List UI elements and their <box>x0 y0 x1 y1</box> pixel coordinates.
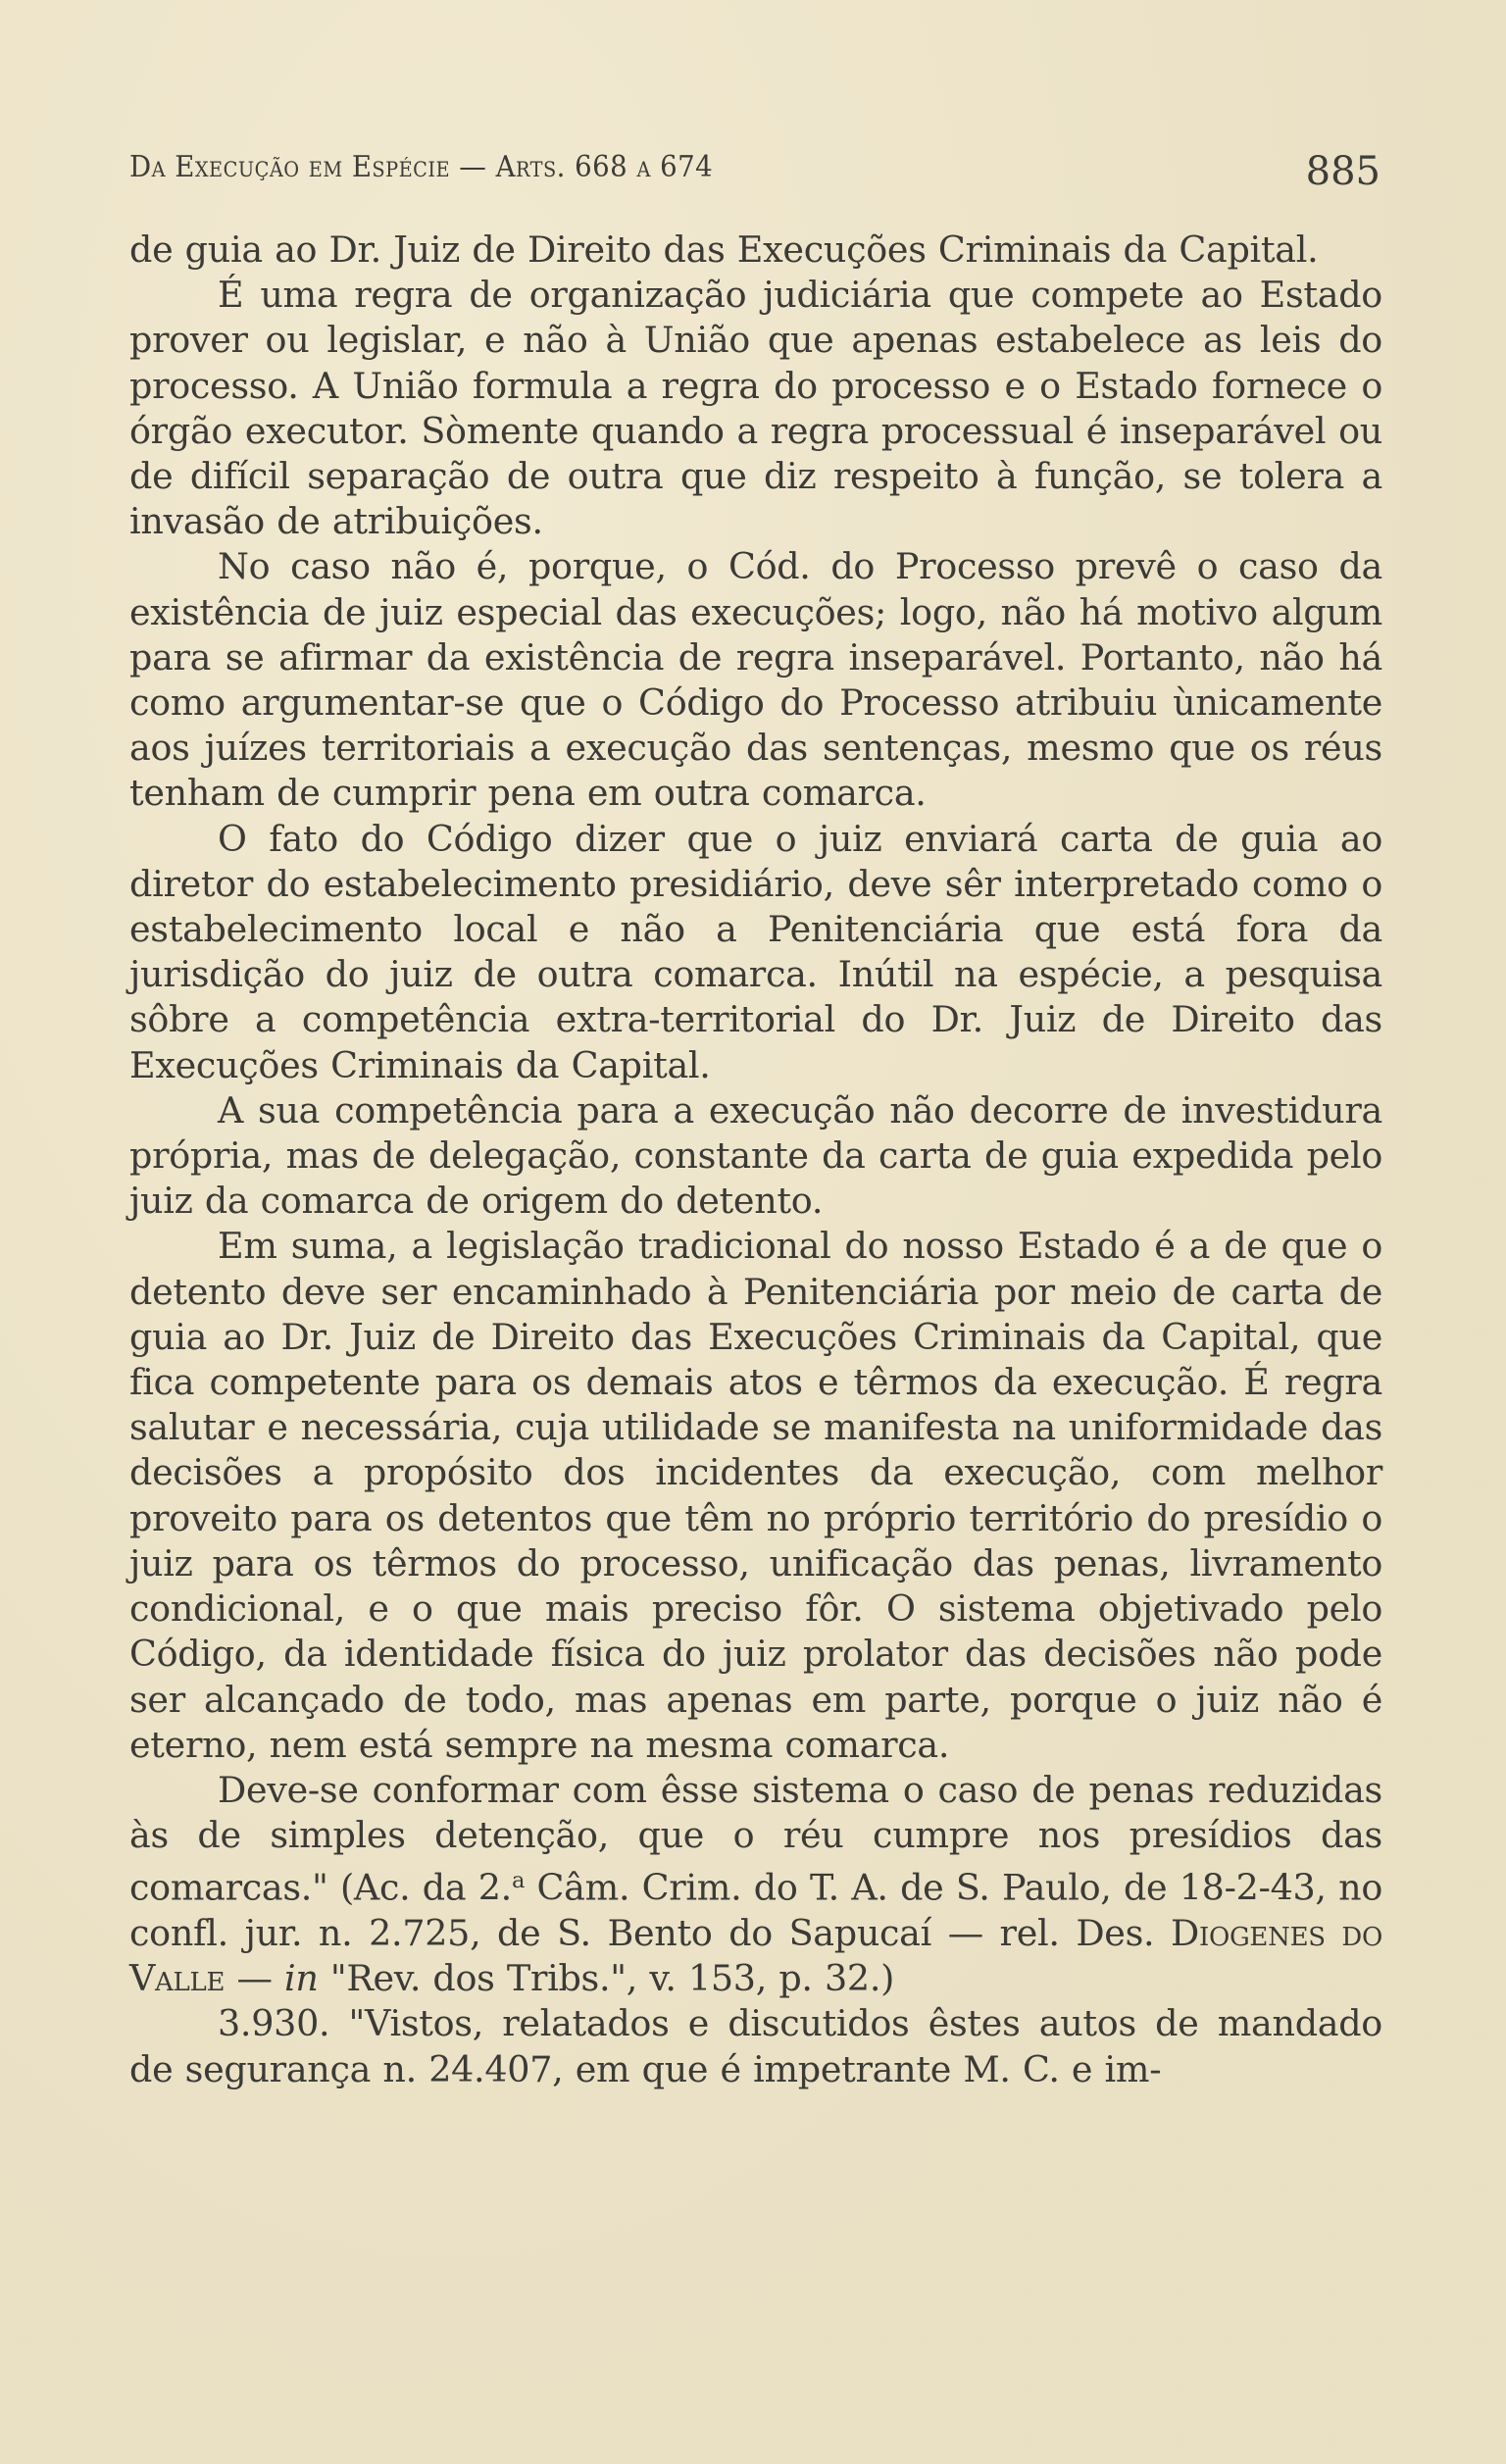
body-text: de guia ao Dr. Juiz de Direito das Execu… <box>129 227 1382 2092</box>
book-page: Da Execução em Espécie — Arts. 668 a 674… <box>129 135 1382 2092</box>
paragraph-sua-competencia: A sua competência para a execução não de… <box>129 1088 1382 1225</box>
case-3930-entry: 3.930. "Vistos, relatados e discutidos ê… <box>129 2001 1382 2091</box>
citation-source: "Rev. dos Tribs.", v. 153, p. 32.) <box>319 1957 895 1999</box>
paragraph-continuation: de guia ao Dr. Juiz de Direito das Execu… <box>129 227 1382 273</box>
citation-in: in <box>284 1957 319 1999</box>
running-header: Da Execução em Espécie — Arts. 668 a 674… <box>129 135 1382 184</box>
paragraph-o-fato-do-codigo: O fato do Código dizer que o juiz enviar… <box>129 817 1382 1088</box>
paragraph-no-caso: No caso não é, porque, o Cód. do Process… <box>129 544 1382 816</box>
paragraph-deve-se-conformar: Deve-se conformar com êsse sistema o cas… <box>129 1768 1382 2001</box>
running-title: Da Execução em Espécie — Arts. 668 a 674 <box>129 150 713 184</box>
case-number: 3.930. <box>218 2002 329 2044</box>
ordinal-indicator: a <box>512 1868 525 1893</box>
paragraph-organizacao-judiciaria: É uma regra de organização judiciária qu… <box>129 273 1382 544</box>
page-number: 885 <box>1306 149 1380 194</box>
citation-dash: — <box>225 1957 284 1999</box>
paragraph-em-suma: Em suma, a legislação tradicional do nos… <box>129 1224 1382 1767</box>
